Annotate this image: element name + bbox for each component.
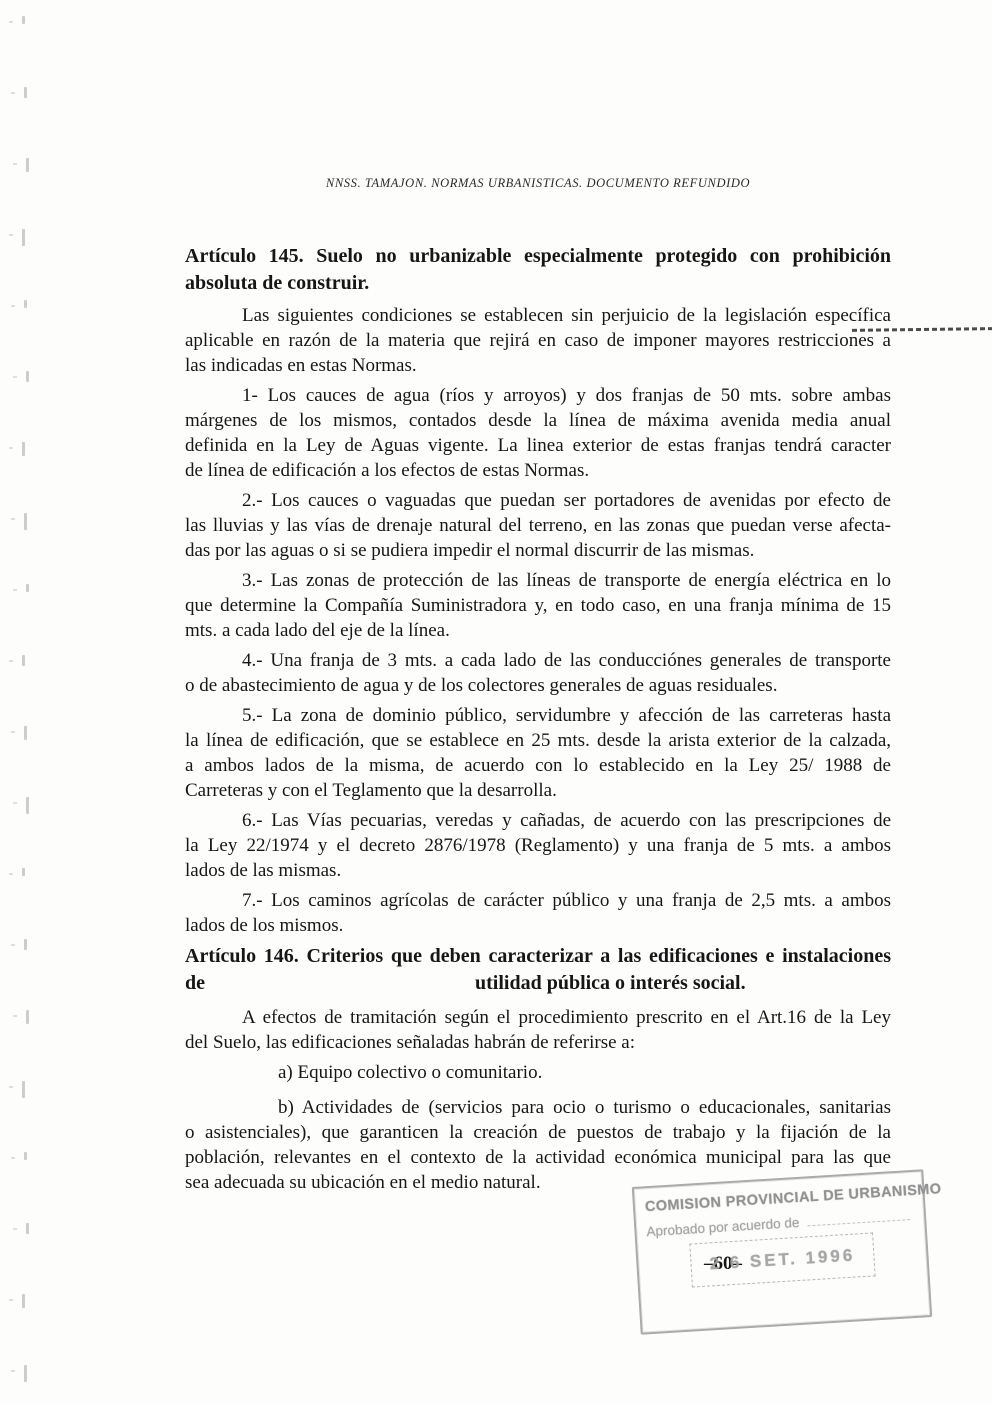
text-line: la Ley 22/1974 y el decreto 2876/1978 (R…	[185, 833, 891, 858]
pen-scratch-artifact	[852, 327, 992, 332]
article-145-title: Artículo 145. Suelo no urbanizable espec…	[185, 243, 891, 297]
binding-mark	[24, 1152, 27, 1160]
text-line: la línea de edificación, que se establec…	[185, 728, 891, 753]
text-line: las lluvias y las vías de drenaje natura…	[185, 513, 891, 538]
binding-mark	[26, 371, 29, 382]
stamp-dashed-line	[808, 1219, 911, 1226]
binding-mark	[24, 1365, 27, 1382]
text-line: 3.- Las zonas de protección de las línea…	[185, 568, 891, 593]
article-146-title: Artículo 146. Criterios que deben caract…	[185, 943, 891, 997]
binding-mark	[24, 513, 27, 530]
binding-mark	[26, 797, 29, 814]
stamp-date: 2 6 SET. 1996	[709, 1246, 856, 1275]
article-146-item-a: a) Equipo colectivo o comunitario.	[185, 1060, 891, 1085]
text-line: márgenes de los mismos, contados desde l…	[185, 408, 891, 433]
binding-mark	[26, 584, 29, 592]
text-line: das por las aguas o si se pudiera impedi…	[185, 538, 891, 563]
binding-mark	[22, 1081, 25, 1098]
binding-mark	[22, 655, 25, 666]
running-header: NNSS. TAMAJON. NORMAS URBANISTICAS. DOCU…	[185, 176, 891, 191]
text-line: 5.- La zona de dominio público, servidum…	[185, 703, 891, 728]
text-line: las indicadas en estas Normas.	[185, 353, 891, 378]
text-line: a) Equipo colectivo o comunitario.	[185, 1060, 891, 1085]
text-line: a ambos lados de la misma, de acuerdo co…	[185, 753, 891, 778]
text-line: lados de los mismos.	[185, 913, 891, 938]
text-line: 7.- Los caminos agrícolas de carácter pú…	[185, 888, 891, 913]
article-146-title-line2-right: utilidad pública o interés social.	[475, 970, 746, 997]
article-145-item-1: 1- Los cauces de agua (ríos y arroyos) y…	[185, 383, 891, 483]
binding-mark	[24, 939, 27, 950]
article-145-item-6: 6.- Las Vías pecuarias, veredas y cañada…	[185, 808, 891, 883]
text-line: mts. a cada lado del eje de la línea.	[185, 618, 891, 643]
text-line: del Suelo, las edificaciones señaladas h…	[185, 1030, 891, 1055]
binding-mark	[26, 158, 29, 172]
article-145-item-3: 3.- Las zonas de protección de las línea…	[185, 568, 891, 643]
text-line: Las siguientes condiciones se establecen…	[185, 303, 891, 328]
text-line: absoluta de construir.	[185, 270, 891, 297]
binding-mark	[22, 16, 25, 24]
binding-mark	[24, 726, 27, 740]
text-line: lados de las mismas.	[185, 858, 891, 883]
article-145-item-4: 4.- Una franja de 3 mts. a cada lado de …	[185, 648, 891, 698]
approval-stamp: COMISION PROVINCIAL DE URBANISMO Aprobad…	[632, 1169, 932, 1335]
stamp-approved-text: Aprobado por acuerdo de	[646, 1215, 800, 1239]
binding-mark	[24, 300, 27, 308]
text-line: Artículo 145. Suelo no urbanizable espec…	[185, 243, 891, 270]
article-145-item-5: 5.- La zona de dominio público, servidum…	[185, 703, 891, 803]
binding-mark	[22, 442, 25, 456]
text-line: 1- Los cauces de agua (ríos y arroyos) y…	[185, 383, 891, 408]
text-line: que determine la Compañía Suministradora…	[185, 593, 891, 618]
text-line: o de abastecimiento de agua y de los col…	[185, 673, 891, 698]
stamp-date-box: 2 6 SET. 1996	[689, 1232, 875, 1287]
document-body: Artículo 145. Suelo no urbanizable espec…	[185, 243, 891, 1200]
article-145-item-7: 7.- Los caminos agrícolas de carácter pú…	[185, 888, 891, 938]
text-line: A efectos de tramitación según el proced…	[185, 1005, 891, 1030]
text-line: 4.- Una franja de 3 mts. a cada lado de …	[185, 648, 891, 673]
article-146-title-line1: Artículo 146. Criterios que deben caract…	[185, 943, 891, 970]
binding-mark	[26, 1010, 29, 1024]
binding-mark	[22, 229, 25, 246]
binding-mark	[22, 868, 25, 876]
article-146-intro: A efectos de tramitación según el proced…	[185, 1005, 891, 1055]
scanned-document-page: NNSS. TAMAJON. NORMAS URBANISTICAS. DOCU…	[0, 0, 992, 1403]
binding-mark	[26, 1223, 29, 1234]
text-line: b) Actividades de (servicios para ocio o…	[185, 1095, 891, 1120]
text-line: población, relevantes en el contexto de …	[185, 1145, 891, 1170]
text-line: o asistenciales), que garanticen la crea…	[185, 1120, 891, 1145]
binding-mark	[22, 1294, 25, 1308]
text-line: 2.- Los cauces o vaguadas que puedan ser…	[185, 488, 891, 513]
text-line: de línea de edificación a los efectos de…	[185, 458, 891, 483]
article-145-intro: Las siguientes condiciones se establecen…	[185, 303, 891, 378]
text-line: 6.- Las Vías pecuarias, veredas y cañada…	[185, 808, 891, 833]
article-146-title-line2: de utilidad pública o interés social.	[185, 970, 891, 997]
text-line: Carreteras y con el Teglamento que la de…	[185, 778, 891, 803]
text-line: definida en la Ley de Aguas vigente. La …	[185, 433, 891, 458]
text-line: aplicable en razón de la materia que rej…	[185, 328, 891, 353]
binding-mark	[24, 87, 27, 98]
article-145-item-2: 2.- Los cauces o vaguadas que puedan ser…	[185, 488, 891, 563]
article-146-title-line2-left: de	[185, 970, 205, 997]
